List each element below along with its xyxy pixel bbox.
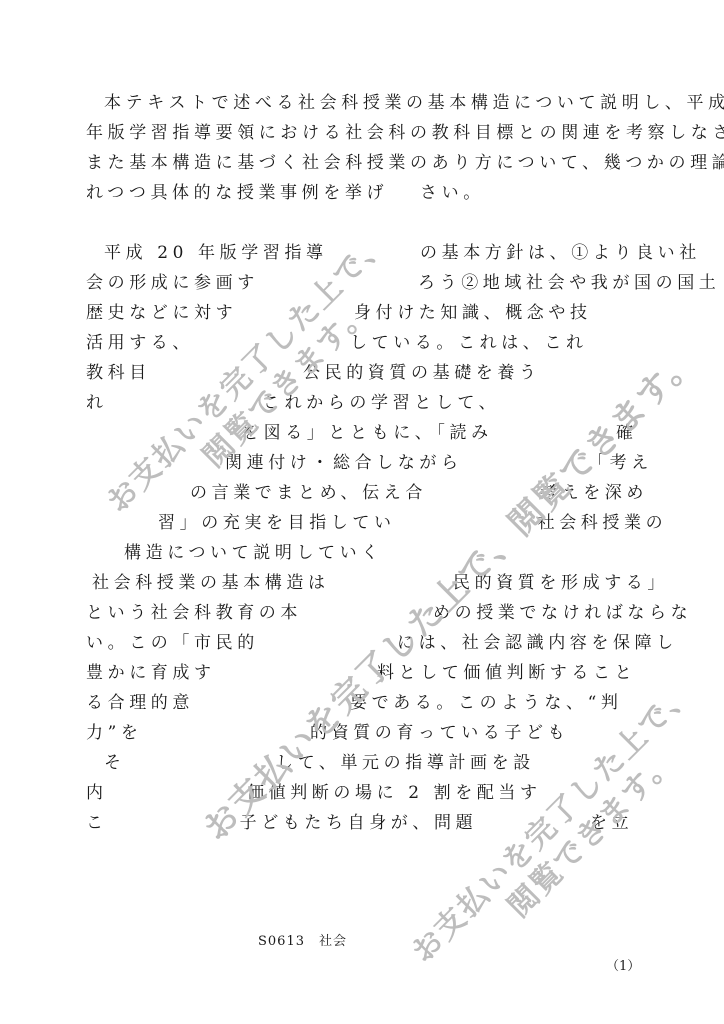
text-fragment: 豊かに育成す bbox=[86, 661, 216, 685]
text-fragment: 力”を bbox=[86, 721, 143, 745]
text-fragment: れつつ具体的な授業事例を挙げ bbox=[86, 181, 388, 205]
text-fragment: 本テキストで述べる社会科授業の基本構造について説明し、平成 20 bbox=[104, 91, 724, 115]
text-fragment: こ bbox=[86, 811, 108, 835]
text-line: 力”を的資質の育っている子ども bbox=[0, 721, 724, 745]
text-fragment: 歴史などに対す bbox=[86, 301, 237, 325]
text-line: こ、子どもたち自身が、問題を立 bbox=[0, 811, 724, 835]
text-line: れこれからの学習として、 bbox=[0, 391, 724, 415]
text-line: い。この「市民的には、社会認識内容を保障し bbox=[0, 631, 724, 655]
text-line: 年版学習指導要領における社会科の教科目標との関連を考察しなさい。 bbox=[0, 121, 724, 145]
text-fragment: 的資質の育っている子ども bbox=[310, 721, 569, 745]
text-line: を図る」とともに、「読み確 bbox=[0, 421, 724, 445]
text-fragment: これからの学習として、 bbox=[263, 391, 500, 415]
text-fragment: には、社会認識内容を保障し bbox=[397, 631, 678, 655]
text-line: という社会科教育の本めの授業でなければならな bbox=[0, 601, 724, 625]
text-line: 平成 20 年版学習指導の基本方針は、①より良い社 bbox=[0, 241, 724, 265]
text-line: 豊かに育成す料として価値判断すること bbox=[0, 661, 724, 685]
text-fragment: めの授業でなければならな bbox=[433, 601, 692, 625]
text-fragment: れ bbox=[86, 391, 108, 415]
text-line: そして、単元の指導計画を設 bbox=[0, 751, 724, 775]
text-fragment: 考えを深め bbox=[540, 481, 648, 505]
text-fragment: 公民的資質の基礎を養う bbox=[303, 361, 541, 385]
text-fragment: い。この「市民的 bbox=[86, 631, 259, 655]
text-fragment: 身付けた知識、概念や技 bbox=[354, 301, 592, 325]
text-fragment: 「考え bbox=[588, 451, 653, 475]
text-fragment: 教科目 bbox=[86, 361, 151, 385]
text-line: 習」の充実を目指してい、社会科授業の bbox=[0, 511, 724, 535]
text-line: れつつ具体的な授業事例を挙げさい。 bbox=[0, 181, 724, 205]
text-line: る合理的意要である。このような、“判 bbox=[0, 691, 724, 715]
document-code: S0613 社会 bbox=[258, 930, 347, 949]
text-fragment: の基本方針は、①より良い社 bbox=[420, 241, 701, 265]
text-line: 教科目公民的資質の基礎を養う bbox=[0, 361, 724, 385]
text-fragment: を立 bbox=[590, 811, 633, 835]
text-fragment: 内 bbox=[86, 781, 108, 805]
text-line: また基本構造に基づく社会科授業のあり方について、幾つかの理論に触 bbox=[0, 151, 724, 175]
text-fragment: 活用する、 bbox=[86, 331, 194, 355]
text-fragment: 要である。このような、“判 bbox=[350, 691, 623, 715]
text-fragment: を図る」とともに、「読み bbox=[242, 421, 493, 445]
text-fragment: している。これは、これ bbox=[350, 331, 588, 355]
text-fragment: そ bbox=[104, 751, 126, 775]
text-line: 歴史などに対す身付けた知識、概念や技 bbox=[0, 301, 724, 325]
text-fragment: 習」の充実を目指してい bbox=[158, 511, 396, 535]
text-fragment: さい。 bbox=[420, 181, 485, 205]
text-fragment: る合理的意 bbox=[86, 691, 194, 715]
text-fragment: 関連付け・総合しながら bbox=[225, 451, 463, 475]
text-fragment: の言業でまとめ、伝え合 bbox=[190, 481, 427, 505]
text-fragment: 平成 20 年版学習指導 bbox=[104, 241, 328, 265]
text-line: の言業でまとめ、伝え合考えを深め bbox=[0, 481, 724, 505]
text-fragment: 民的資質を形成する」 bbox=[453, 571, 669, 595]
text-fragment: 年版学習指導要領における社会科の教科目標との関連を考察しなさい。 bbox=[86, 121, 724, 145]
text-line: 関連付け・総合しながら「考え bbox=[0, 451, 724, 475]
text-line: 構造について説明していく bbox=[0, 541, 724, 565]
text-fragment: という社会科教育の本 bbox=[86, 601, 302, 625]
text-fragment: 価値判断の場に 2 割を配当す bbox=[247, 781, 542, 805]
text-fragment: 会の形成に参画す bbox=[86, 271, 259, 295]
text-fragment: 構造について説明していく bbox=[124, 541, 383, 565]
text-line: 内価値判断の場に 2 割を配当す bbox=[0, 781, 724, 805]
text-line: 本テキストで述べる社会科授業の基本構造について説明し、平成 20 bbox=[0, 91, 724, 115]
text-fragment: 料として価値判断すること bbox=[377, 661, 636, 685]
text-line: 会の形成に参画すろう②地域社会や我が国の国土 bbox=[0, 271, 724, 295]
text-fragment: 確 bbox=[616, 421, 638, 445]
page-number: （1） bbox=[606, 955, 640, 974]
text-fragment: して、単元の指導計画を設 bbox=[276, 751, 535, 775]
text-fragment: 社会科授業の基本構造は bbox=[92, 571, 330, 595]
text-fragment: また基本構造に基づく社会科授業のあり方について、幾つかの理論に触 bbox=[86, 151, 724, 175]
text-fragment: 、子どもたち自身が、問題 bbox=[218, 811, 477, 835]
document-page: 本テキストで述べる社会科授業の基本構造について説明し、平成 20年版学習指導要領… bbox=[0, 0, 724, 1024]
text-fragment: 、社会科授業の bbox=[516, 511, 667, 535]
text-line: 活用する、している。これは、これ bbox=[0, 331, 724, 355]
text-line: 社会科授業の基本構造は民的資質を形成する」 bbox=[0, 571, 724, 595]
text-fragment: ろう②地域社会や我が国の国土 bbox=[418, 271, 720, 295]
